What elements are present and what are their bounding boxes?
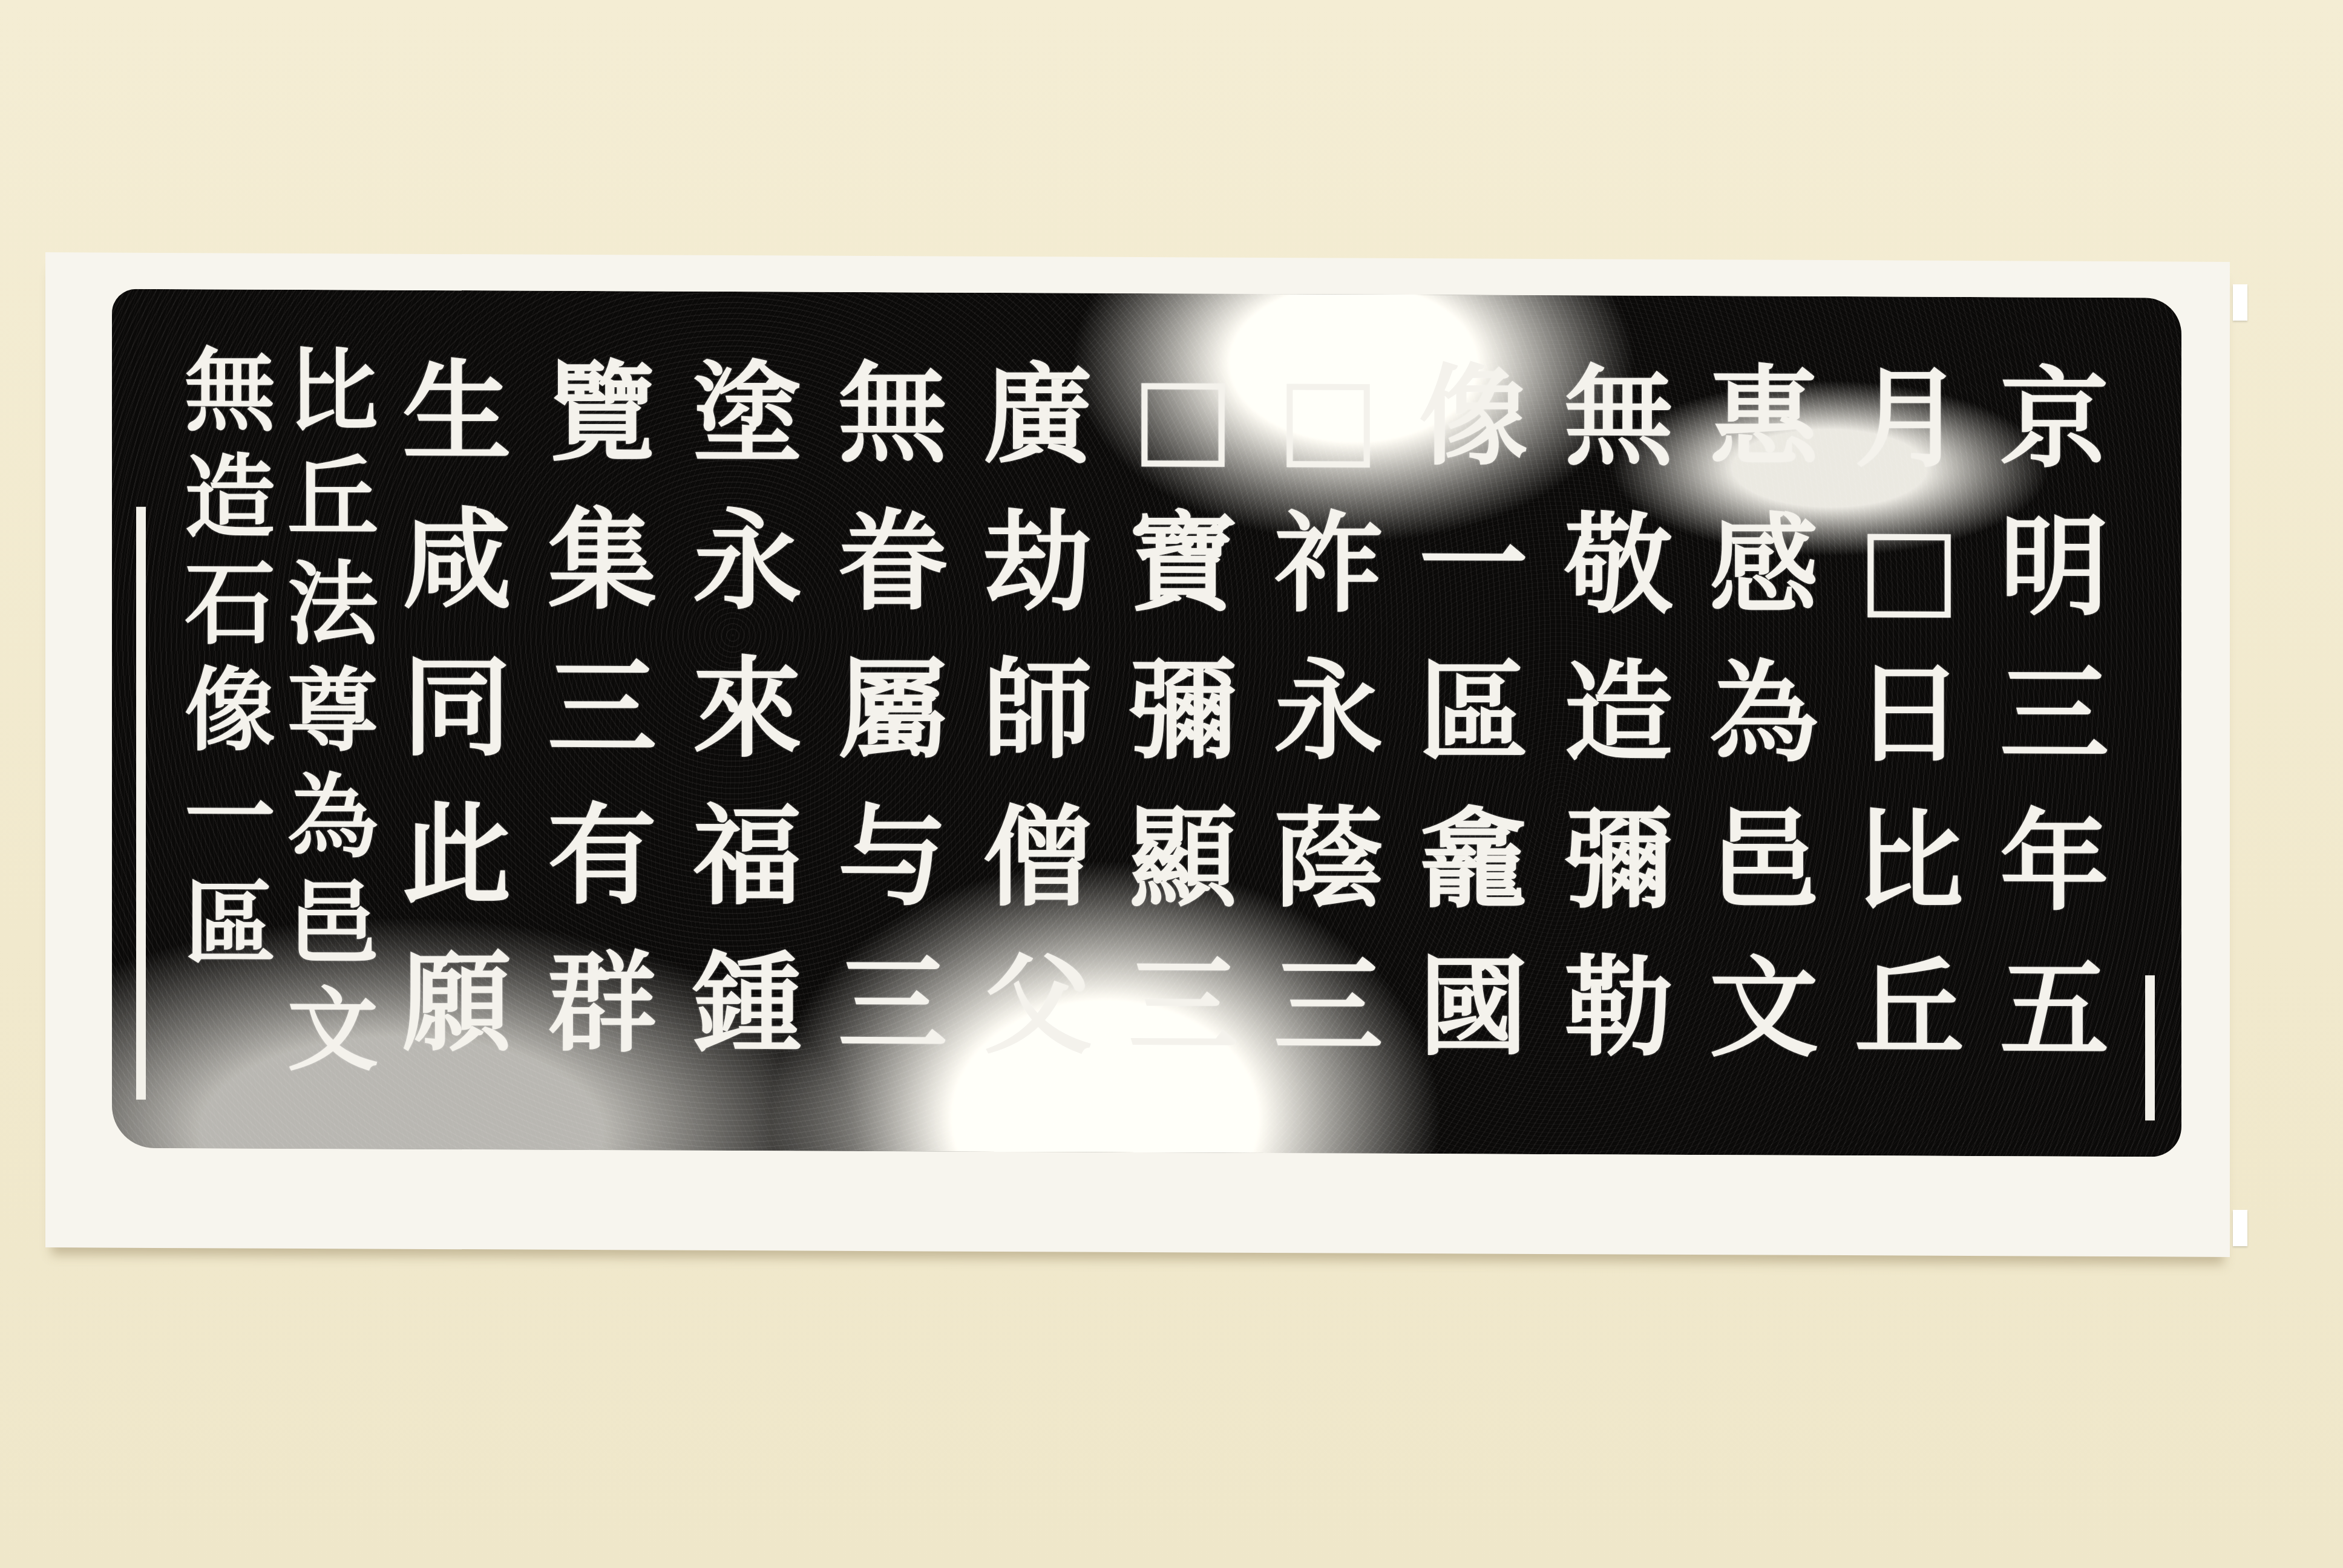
inscription-character: 此: [402, 782, 511, 930]
inscription-character: 法: [287, 551, 378, 658]
inscription-character: 一: [1419, 491, 1528, 639]
inscription-character: 惠: [1709, 344, 1818, 492]
inscription-character: 區: [1419, 638, 1528, 786]
inscription-column: 無眷屬与三: [826, 341, 959, 1164]
inscription-character: 同: [402, 634, 511, 782]
inscription-character: 來: [693, 635, 802, 783]
inscription-character: 區: [185, 870, 275, 977]
inscription-character: 彌: [1129, 637, 1237, 785]
inscription-character: 邑: [1709, 787, 1818, 935]
inscription-character: 月: [1855, 345, 1964, 493]
inscription-column: 無敬造彌勒: [1552, 344, 1685, 1167]
inscription-character: 像: [185, 657, 275, 764]
inscription-character: 像: [1419, 343, 1528, 491]
inscription-character: 廣: [983, 341, 1092, 489]
inscription-character: 彌: [1564, 786, 1673, 935]
inscription-character: 屬: [838, 636, 947, 784]
inscription-character: 為: [1709, 639, 1818, 788]
inscription-character: 一: [185, 763, 275, 871]
inscription-character: 丘: [1855, 935, 1964, 1083]
inscription-character: 生: [402, 339, 511, 487]
inscription-character: 願: [402, 929, 511, 1077]
inscription-column: 塗永來福鍾: [681, 340, 814, 1163]
inscription-column: 像一區龕國: [1407, 343, 1540, 1166]
right-border-line: [2145, 975, 2155, 1120]
inscription-column: □祚永蔭三: [1262, 342, 1395, 1166]
inscription-column: 生咸同此願: [390, 339, 523, 1162]
inscription-character: 感: [1709, 492, 1818, 640]
inscription-character: 三: [838, 931, 947, 1079]
inscription-character: 邑: [287, 871, 378, 978]
inscription-character: 年: [2000, 788, 2109, 936]
inscription-character: 覽: [548, 339, 657, 488]
inscription-character: 石: [185, 550, 275, 658]
inscription-character: 無: [838, 341, 947, 489]
inscription-character: 文: [287, 977, 378, 1084]
inscription-character: 造: [185, 444, 275, 551]
inscription-character: 福: [693, 783, 802, 931]
inscription-character: 明: [2000, 493, 2109, 641]
inscription-character: 無: [185, 338, 275, 445]
inscription-character: 咸: [402, 486, 511, 635]
inscription-column: 比丘法尊為邑文: [287, 338, 378, 1161]
inscription-character: 眷: [838, 488, 947, 636]
inscription-character: 永: [1274, 638, 1383, 786]
inscription-character: 造: [1564, 639, 1673, 787]
inscription-character: 劫: [983, 489, 1092, 637]
inscription-character: 寶: [1129, 489, 1237, 638]
mounting-tab-bottom: [2233, 1210, 2247, 1246]
inscription-character: 有: [548, 782, 657, 930]
inscription-character: 龕: [1419, 786, 1528, 934]
inscription-character: 比: [1855, 788, 1964, 936]
inscription-character: 父: [983, 932, 1092, 1080]
inscription-character: 國: [1419, 933, 1528, 1082]
inscription-columns: 京明三年五月□日比丘惠感為邑文無敬造彌勒像一區龕國□祚永蔭三□寶彌顯三廣劫師僧父…: [185, 338, 2121, 1169]
inscription-character: 群: [548, 930, 657, 1078]
inscription-character: 塗: [693, 340, 802, 488]
inscription-character: 五: [2000, 936, 2109, 1084]
inscription-character: 文: [1709, 935, 1818, 1083]
inscription-character: 三: [2000, 641, 2109, 789]
inscription-character: 無: [1564, 344, 1673, 492]
inscription-character: 師: [983, 636, 1092, 785]
inscription-column: 廣劫師僧父: [971, 341, 1104, 1165]
inscription-column: 月□日比丘: [1843, 345, 1976, 1168]
inscription-character: 集: [548, 487, 657, 635]
inscription-character: 三: [548, 635, 657, 783]
inscription-character: 京: [2000, 345, 2109, 494]
inscription-character: 尊: [287, 658, 378, 765]
rubbing-paper: 京明三年五月□日比丘惠感為邑文無敬造彌勒像一區龕國□祚永蔭三□寶彌顯三廣劫師僧父…: [45, 252, 2230, 1257]
inscription-character: 与: [838, 783, 947, 932]
left-border-line: [136, 507, 146, 1100]
inscription-character: □: [1132, 342, 1234, 490]
inscription-column: 惠感為邑文: [1697, 344, 1830, 1168]
inscription-character: □: [1858, 492, 1961, 641]
inscription-character: 丘: [287, 445, 378, 552]
inscription-column: 京明三年五: [1988, 345, 2121, 1169]
inscription-character: 敬: [1564, 491, 1673, 639]
inscription-character: 為: [287, 764, 378, 871]
inscription-character: 祚: [1274, 490, 1383, 638]
inscription-character: 勒: [1564, 934, 1673, 1082]
mounting-tab-top: [2233, 284, 2247, 321]
inscription-column: 無造石像一區: [185, 338, 275, 1161]
inscription-character: □: [1277, 342, 1380, 491]
inscription-character: 永: [693, 488, 802, 636]
inscription-character: 鍾: [693, 930, 802, 1079]
inscription-character: 顯: [1129, 785, 1237, 933]
inscription-column: 覽集三有群: [536, 339, 669, 1163]
inscription-character: 比: [287, 338, 378, 445]
inscription-character: 三: [1274, 933, 1383, 1081]
inscription-column: □寶彌顯三: [1116, 342, 1250, 1165]
inscription-character: 蔭: [1274, 785, 1383, 933]
inscription-character: 日: [1855, 640, 1964, 788]
inscription-character: 三: [1129, 932, 1237, 1080]
inscription-character: 僧: [983, 784, 1092, 932]
